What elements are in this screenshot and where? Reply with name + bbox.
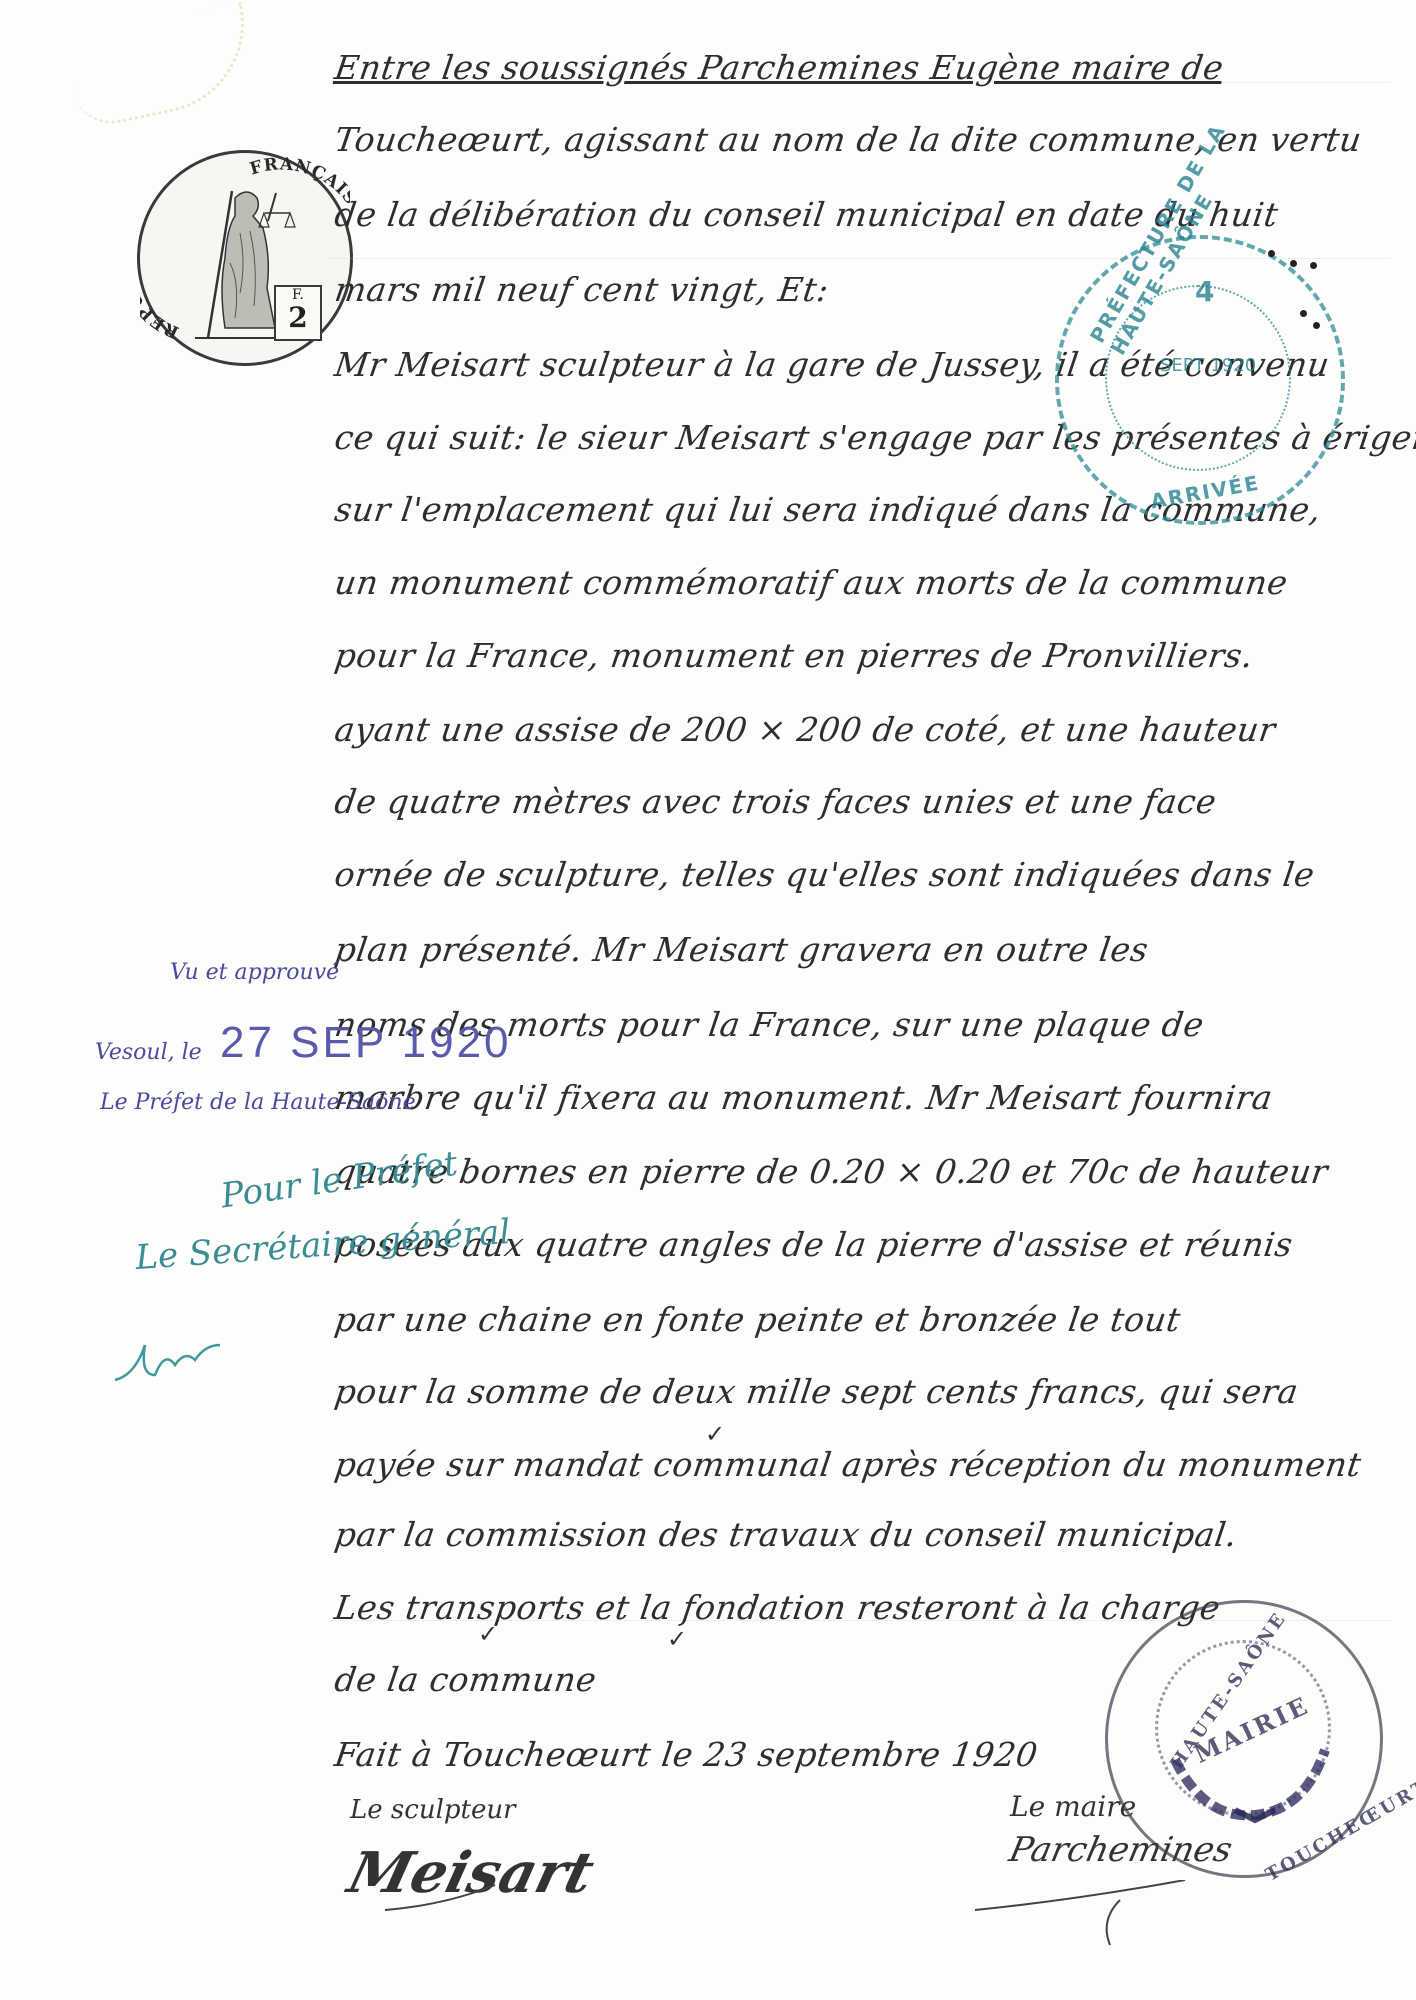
body-line: marbre qu'il fixera au monument. Mr Meis… (332, 1078, 1275, 1117)
check-mark-icon: ✓ (478, 1620, 498, 1648)
fiscal-stamp-left-text: REPUBLIQUE (140, 205, 182, 342)
laurel-wreath-icon (1165, 1740, 1335, 1830)
signature-flourish-icon (380, 1880, 510, 1920)
paper-stain (62, 2, 260, 131)
perforation-dot (1310, 262, 1317, 269)
body-line: un monument commémoratif aux morts de la… (332, 563, 1290, 602)
body-line: par une chaine en fonte peinte et bronzé… (332, 1300, 1183, 1339)
secretaire-stamp: Le Secrétaire général (134, 1212, 512, 1278)
perforation-dot (1268, 250, 1275, 257)
sculptor-title: Le sculpteur (350, 1795, 516, 1825)
body-line: de la délibération du conseil municipal … (332, 195, 1280, 234)
body-line: Entre les soussignés Parchemines Eugène … (332, 48, 1226, 87)
approval-date-stamp: 27 SEP 1920 (220, 1018, 512, 1068)
document-page: REPUBLIQUE FRANÇAISE F. 2 Entre les sous… (0, 0, 1416, 2000)
body-line: plan présenté. Mr Meisart gravera en out… (332, 930, 1151, 969)
perforation-dot (1290, 260, 1297, 267)
fiscal-stamp: REPUBLIQUE FRANÇAISE F. 2 (137, 150, 353, 366)
mayor-flourish-icon (970, 1880, 1220, 1950)
place-date-line: Fait à Toucheœurt le 23 septembre 1920 (332, 1735, 1040, 1774)
body-line: payée sur mandat communal après réceptio… (332, 1445, 1364, 1484)
fiscal-stamp-value: 2 (276, 303, 320, 333)
approval-vu: Vu et approuvé (170, 960, 339, 985)
check-mark-icon: ✓ (705, 1420, 725, 1448)
prefecture-stamp-number: 4 (1195, 275, 1216, 308)
prefecture-arrival-stamp: PRÉFECTURE DE LA HAUTE-SAÔNE ARRIVÉE 4 S… (1055, 235, 1345, 525)
svg-text:REPUBLIQUE: REPUBLIQUE (140, 205, 182, 342)
body-line: de quatre mètres avec trois faces unies … (332, 782, 1219, 821)
prefecture-stamp-date: SEPT 1920 (1160, 355, 1256, 377)
perforation-dot (1300, 310, 1307, 317)
body-line: pour la somme de deux mille sept cents f… (332, 1372, 1301, 1411)
body-line: quatre bornes en pierre de 0.20 × 0.20 e… (332, 1152, 1330, 1191)
check-mark-icon: ✓ (667, 1625, 687, 1653)
approval-prefet: Le Préfet de la Haute-Saône (100, 1090, 416, 1115)
mairie-seal-stamp: HAUTE-SAÔNE MAIRIE TOUCHEŒURT (1105, 1600, 1385, 1880)
body-line: Les transports et la fondation resteront… (332, 1588, 1223, 1627)
body-line: pour la France, monument en pierres de P… (332, 636, 1256, 675)
body-line: ayant une assise de 200 × 200 de coté, e… (332, 710, 1278, 749)
body-line: de la commune (332, 1660, 599, 1699)
perforation-dot (1313, 322, 1320, 329)
body-line: ornée de sculpture, telles qu'elles sont… (332, 855, 1317, 894)
approval-place: Vesoul, le (95, 1040, 202, 1065)
body-line: par la commission des travaux du conseil… (332, 1515, 1240, 1554)
secretary-signature-icon (110, 1330, 240, 1390)
body-line: mars mil neuf cent vingt, Et: (332, 270, 831, 309)
fiscal-stamp-value-box: F. 2 (274, 285, 322, 341)
